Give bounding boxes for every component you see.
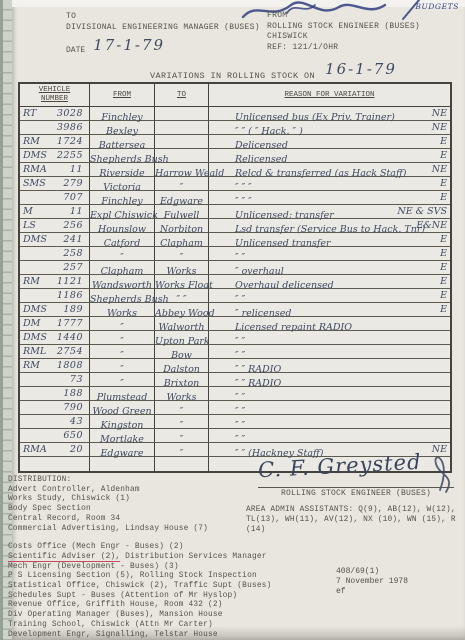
- vehicle-number: 256: [63, 219, 83, 232]
- vehicle-cell: 3986: [20, 121, 90, 134]
- title-text: VARIATIONS IN ROLLING STOCK ON: [150, 71, 315, 81]
- from-cell: Expl Chiswick: [90, 205, 155, 218]
- vehicle-cell: [20, 457, 90, 471]
- reason-cell: ″ ″ ( ″ Hack. ″ ) NE: [209, 121, 450, 134]
- area-admin-assistants: AREA ADMIN ASSISTANTS: Q(9), AB(12), W(1…: [246, 506, 460, 535]
- vehicle-prefix: RMA: [23, 163, 47, 176]
- date-handwritten: 17-1-79: [93, 36, 165, 54]
- from-cell: Shepherds Bush: [90, 149, 155, 162]
- table-row: 650 Mortlake ″ ″ ″: [20, 429, 450, 443]
- distribution-line: Revenue Office, Griffith House, Room 432…: [8, 601, 268, 611]
- header-reason-label: REASON FOR VARIATION: [284, 91, 374, 100]
- to-value: DIVISIONAL ENGINEERING MANAGER (BUSES): [66, 22, 260, 33]
- variation-code: E: [440, 247, 447, 260]
- table-row: 3986 Bexley ″ ″ ( ″ Hack. ″ ) NE: [20, 121, 450, 135]
- vehicle-number: 2754: [57, 345, 83, 358]
- to-cell: [155, 107, 209, 120]
- vehicle-number: 1186: [57, 289, 83, 302]
- from-cell: Riverside: [90, 163, 155, 176]
- vehicle-cell: 707: [20, 191, 90, 204]
- table-row: DMS 189 Works Abbey Wood ″ relicensed E: [20, 303, 450, 317]
- from-cell: Clapham: [90, 261, 155, 274]
- reason-cell: Unlicensed; transfer NE & SVS: [209, 205, 450, 218]
- vehicle-prefix: DMS: [23, 303, 47, 316]
- footer-ref: 408/69(1): [336, 567, 408, 577]
- from-cell: Plumstead: [90, 387, 155, 400]
- from-cell: Mortlake: [90, 429, 155, 442]
- variation-code: NE & SVS: [397, 205, 447, 218]
- from-cell: [90, 457, 155, 471]
- reason-cell: Unlicensed transfer E: [209, 233, 450, 246]
- from-cell: Wandsworth: [90, 275, 155, 288]
- table-row: RM 1808 ″ Dalston ″ ″ RADIO: [20, 359, 450, 373]
- table-row: DM 1777 ″ Walworth Licensed repaint RADI…: [20, 317, 450, 331]
- variation-code: E: [440, 233, 447, 246]
- variation-code: NE: [432, 107, 447, 120]
- vehicle-prefix: DMS: [23, 331, 47, 344]
- title-date-handwritten: 16-1-79: [325, 60, 397, 78]
- vehicle-cell: 790: [20, 401, 90, 414]
- vehicle-prefix: RM: [23, 135, 40, 148]
- vehicle-prefix: DMS: [23, 233, 47, 246]
- footer-date: 7 November 1978: [336, 577, 408, 587]
- table-row: RT 3028 Finchley Unlicensed bus (Ex Priv…: [20, 107, 450, 121]
- header-reason: REASON FOR VARIATION: [209, 84, 450, 106]
- vehicle-number: 188: [63, 387, 83, 400]
- sender-block: FROM ROLLING STOCK ENGINEER (BUSES) CHIS…: [267, 11, 420, 53]
- vehicle-cell: 258: [20, 247, 90, 260]
- vehicle-number: 257: [63, 261, 83, 274]
- from-cell: Finchley: [90, 107, 155, 120]
- table-row: M 11 Expl Chiswick Fulwell Unlicensed; t…: [20, 205, 450, 219]
- from-cell: Bexley: [90, 121, 155, 134]
- from-label: FROM: [267, 11, 420, 22]
- from-cell: Works: [90, 303, 155, 316]
- distribution-section: DISTRIBUTION: Advert Controller, Aldenha…: [8, 476, 268, 640]
- from-cell: ″: [90, 345, 155, 358]
- vehicle-number: 1724: [57, 135, 83, 148]
- reason-cell: ″ ″ E: [209, 247, 450, 260]
- table-row: 707 Finchley Edgware ″ ″ ″ E: [20, 191, 450, 205]
- date-label: DATE: [66, 46, 85, 55]
- vehicle-cell: LS 256: [20, 219, 90, 232]
- vehicle-number: 1808: [57, 359, 83, 372]
- vehicle-prefix: RML: [23, 345, 46, 358]
- distribution-list-2: Mech Engr (Development - Buses) (3)P S L…: [8, 563, 268, 640]
- reason-cell: ″ ″ RADIO: [209, 359, 450, 372]
- to-cell: ″: [155, 177, 209, 190]
- to-cell: ″ ″: [155, 289, 209, 302]
- distribution-line: Div Operating Manager (Buses), Mansion H…: [8, 611, 268, 621]
- vehicle-number: 43: [70, 415, 83, 428]
- vehicle-number: 241: [63, 233, 83, 246]
- variation-code: NE: [432, 121, 447, 134]
- to-cell: Norbiton: [155, 219, 209, 232]
- variation-code: E: [440, 261, 447, 274]
- reason-cell: ″ ″: [209, 345, 450, 358]
- to-cell: ″: [155, 415, 209, 428]
- from-cell: Wood Green: [90, 401, 155, 414]
- scientific-adviser-rest: Distribution Services Manager: [120, 553, 266, 561]
- to-cell: Harrow Weald: [155, 163, 209, 176]
- vehicle-cell: DMS 2255: [20, 149, 90, 162]
- vehicle-cell: SMS 279: [20, 177, 90, 190]
- vehicle-cell: 43: [20, 415, 90, 428]
- vehicle-cell: RT 3028: [20, 107, 90, 120]
- document-title: VARIATIONS IN ROLLING STOCK ON16-1-79: [150, 64, 397, 82]
- distribution-line: Works Study, Chiswick (1): [8, 495, 268, 505]
- distribution-line: Commercial Advertising, Lindsay House (7…: [8, 525, 268, 535]
- vehicle-cell: RM 1724: [20, 135, 90, 148]
- header-to: TO: [155, 84, 209, 106]
- reason-cell: Licensed repaint RADIO: [209, 317, 450, 330]
- variation-code: E: [440, 303, 447, 316]
- to-cell: Upton Park: [155, 331, 209, 344]
- vehicle-cell: RMA 11: [20, 163, 90, 176]
- vehicle-cell: M 11: [20, 205, 90, 218]
- variation-code: E&NE: [416, 219, 447, 232]
- reason-cell: ″ ″: [209, 415, 450, 428]
- table-row: RMA 11 Riverside Harrow Weald Relcd & tr…: [20, 163, 450, 177]
- vehicle-number: 3028: [57, 107, 83, 120]
- reason-cell: Unlicensed bus (Ex Priv. Trainer) NE: [209, 107, 450, 120]
- distribution-line: Central Record, Room 34: [8, 515, 268, 525]
- to-cell: [155, 457, 209, 471]
- to-cell: ″: [155, 247, 209, 260]
- to-cell: Dalston: [155, 359, 209, 372]
- date-line: DATE17-1-79: [66, 38, 165, 56]
- to-cell: Clapham: [155, 233, 209, 246]
- vehicle-number: 1440: [57, 331, 83, 344]
- costs-office-line: Costs Office (Mech Engr - Buses) (2): [8, 543, 268, 553]
- vehicle-number: 189: [63, 303, 83, 316]
- header-vehicle-number: VEHICLE NUMBER: [20, 84, 90, 106]
- vehicle-number: 1121: [57, 275, 83, 288]
- distribution-list-1: Advert Controller, AldenhamWorks Study, …: [8, 486, 268, 535]
- distribution-line: P S Licensing Section (5), Rolling Stock…: [8, 572, 268, 582]
- to-cell: Brixton: [155, 373, 209, 386]
- vehicle-prefix: DM: [23, 317, 40, 330]
- reason-cell: Relcd & transferred (as Hack Staff) NE: [209, 163, 450, 176]
- from-cell: ″: [90, 317, 155, 330]
- signatory-title: ROLLING STOCK ENGINEER (BUSES): [258, 487, 454, 498]
- distribution-line: Advert Controller, Aldenham: [8, 486, 268, 496]
- vehicle-cell: DMS 241: [20, 233, 90, 246]
- distribution-line: Development Engr, Signalling, Telstar Ho…: [8, 631, 268, 640]
- distribution-line: Statistical Office, Chiswick (2), Traffi…: [8, 582, 268, 592]
- vehicle-number: 790: [63, 401, 83, 414]
- vehicle-number: 3986: [57, 121, 83, 134]
- vehicle-number: 20: [70, 443, 83, 456]
- vehicle-number: 707: [63, 191, 83, 204]
- vehicle-number: 2255: [57, 149, 83, 162]
- table-row: DMS 1440 ″ Upton Park ″ ″: [20, 331, 450, 345]
- table-row: DMS 2255 Shepherds Bush Relicensed E: [20, 149, 450, 163]
- from-cell: Finchley: [90, 191, 155, 204]
- variation-code: E: [440, 135, 447, 148]
- to-label: TO: [66, 11, 260, 22]
- header-to-label: TO: [177, 91, 186, 100]
- vehicle-prefix: RM: [23, 275, 40, 288]
- to-cell: Works: [155, 387, 209, 400]
- from-location: CHISWICK: [267, 32, 420, 43]
- from-cell: ″: [90, 247, 155, 260]
- distribution-line: Mech Engr (Development - Buses) (3): [8, 563, 268, 573]
- table-row: 257 Clapham Works ″ overhaul E: [20, 261, 450, 275]
- table-header-row: VEHICLE NUMBER FROM TO REASON FOR VARIAT…: [20, 84, 450, 107]
- distribution-heading: DISTRIBUTION:: [8, 476, 268, 486]
- budgets-annotation: BUDGETS: [415, 2, 459, 11]
- table-row: SMS 279 Victoria ″ ″ ″ ″ E: [20, 177, 450, 191]
- reason-cell: Delicensed E: [209, 135, 450, 148]
- vehicle-cell: DM 1777: [20, 317, 90, 330]
- variation-code: NE: [432, 163, 447, 176]
- table-body: RT 3028 Finchley Unlicensed bus (Ex Priv…: [20, 107, 450, 471]
- vehicle-cell: RML 2754: [20, 345, 90, 358]
- variation-code: E: [440, 275, 447, 288]
- to-cell: Edgware: [155, 191, 209, 204]
- reason-cell: Lsd transfer (Service Bus to Hack. Tnr) …: [209, 219, 450, 232]
- scientific-adviser-line: Scientific Adviser (2), Distribution Ser…: [8, 553, 268, 563]
- to-cell: [155, 121, 209, 134]
- reason-cell: ″ ″ RADIO: [209, 373, 450, 386]
- distribution-line: Training School, Chiswick (Attn Mr Carte…: [8, 621, 268, 631]
- table-row: 1186 Shepherds Bush ″ ″ ″ ″ E: [20, 289, 450, 303]
- to-cell: Bow: [155, 345, 209, 358]
- distribution-line: Body Spec Section: [8, 505, 268, 515]
- table-row: 188 Plumstead Works ″ ″: [20, 387, 450, 401]
- vehicle-number: 73: [70, 373, 83, 386]
- vehicle-number: 11: [70, 163, 83, 176]
- reason-cell: ″ ″ E: [209, 289, 450, 302]
- reason-cell: Relicensed E: [209, 149, 450, 162]
- vehicle-number: 650: [63, 429, 83, 442]
- reason-cell: ″ ″: [209, 429, 450, 442]
- distribution-line: Schedules Supt - Buses (Attention of Mr …: [8, 592, 268, 602]
- footer-reference-block: 408/69(1) 7 November 1978 ef: [336, 567, 408, 597]
- from-cell: ″: [90, 359, 155, 372]
- vehicle-prefix: RMA: [23, 443, 47, 456]
- vehicle-prefix: DMS: [23, 149, 47, 162]
- scientific-adviser-underlined: Scientific Adviser (2),: [8, 553, 120, 562]
- variations-table: VEHICLE NUMBER FROM TO REASON FOR VARIAT…: [18, 82, 452, 473]
- vehicle-cell: 257: [20, 261, 90, 274]
- header-vehicle-line1: VEHICLE: [39, 86, 71, 95]
- reason-cell: Overhaul delicensed E: [209, 275, 450, 288]
- table-row: 258 ″ ″ ″ ″ E: [20, 247, 450, 261]
- variation-code: E: [440, 191, 447, 204]
- variation-code: E: [440, 289, 447, 302]
- reason-cell: ″ ″: [209, 401, 450, 414]
- reason-cell: ″ relicensed E: [209, 303, 450, 316]
- header-from: FROM: [90, 84, 155, 106]
- vehicle-cell: 1186: [20, 289, 90, 302]
- table-row: 43 Kingston ″ ″ ″: [20, 415, 450, 429]
- vehicle-prefix: SMS: [23, 177, 46, 190]
- vehicle-prefix: RT: [23, 107, 36, 120]
- vehicle-cell: 73: [20, 373, 90, 386]
- table-row: RM 1724 Battersea Delicensed E: [20, 135, 450, 149]
- to-cell: ″: [155, 429, 209, 442]
- vehicle-cell: RM 1808: [20, 359, 90, 372]
- vehicle-cell: DMS 1440: [20, 331, 90, 344]
- vehicle-prefix: RM: [23, 359, 40, 372]
- from-cell: ″: [90, 373, 155, 386]
- vehicle-prefix: LS: [23, 219, 36, 232]
- to-cell: Abbey Wood: [155, 303, 209, 316]
- table-row: RM 1121 Wandsworth Works Float Overhaul …: [20, 275, 450, 289]
- from-cell: Catford: [90, 233, 155, 246]
- variation-code: E: [440, 149, 447, 162]
- table-row: 790 Wood Green ″ ″ ″: [20, 401, 450, 415]
- reason-cell: ″ ″: [209, 387, 450, 400]
- footer-initials: ef: [336, 587, 408, 597]
- table-row: LS 256 Hounslow Norbiton Lsd transfer (S…: [20, 219, 450, 233]
- to-cell: Works Float: [155, 275, 209, 288]
- table-row: DMS 241 Catford Clapham Unlicensed trans…: [20, 233, 450, 247]
- reason-cell: ″ overhaul E: [209, 261, 450, 274]
- from-cell: Kingston: [90, 415, 155, 428]
- table-row: RML 2754 ″ Bow ″ ″: [20, 345, 450, 359]
- from-cell: Shepherds Bush: [90, 289, 155, 302]
- variation-code: E: [440, 177, 447, 190]
- vehicle-cell: RMA 20: [20, 443, 90, 456]
- to-cell: ″: [155, 401, 209, 414]
- vehicle-number: 258: [63, 247, 83, 260]
- vehicle-cell: DMS 189: [20, 303, 90, 316]
- header-from-label: FROM: [113, 91, 131, 100]
- from-cell: Edgware: [90, 443, 155, 456]
- reason-cell: ″ ″ ″ E: [209, 191, 450, 204]
- to-cell: ″: [155, 443, 209, 456]
- to-cell: Walworth: [155, 317, 209, 330]
- ref-value: REF: 121/1/OHR: [267, 43, 420, 54]
- to-cell: Works: [155, 261, 209, 274]
- from-value: ROLLING STOCK ENGINEER (BUSES): [267, 22, 420, 33]
- vehicle-number: 279: [63, 177, 83, 190]
- table-row: 73 ″ Brixton ″ ″ RADIO: [20, 373, 450, 387]
- to-cell: Fulwell: [155, 205, 209, 218]
- vehicle-cell: 188: [20, 387, 90, 400]
- to-cell: [155, 135, 209, 148]
- vehicle-cell: RM 1121: [20, 275, 90, 288]
- from-cell: Hounslow: [90, 219, 155, 232]
- to-cell: [155, 149, 209, 162]
- vehicle-number: 1777: [57, 317, 83, 330]
- spacer: [8, 534, 268, 543]
- vehicle-cell: 650: [20, 429, 90, 442]
- from-cell: ″: [90, 331, 155, 344]
- reason-cell: ″ ″: [209, 331, 450, 344]
- addressee-block: TO DIVISIONAL ENGINEERING MANAGER (BUSES…: [66, 11, 260, 33]
- from-cell: Battersea: [90, 135, 155, 148]
- vehicle-prefix: M: [23, 205, 33, 218]
- vehicle-number: 11: [70, 205, 83, 218]
- header-vehicle-line2: NUMBER: [41, 95, 68, 104]
- reason-cell: ″ ″ ″ E: [209, 177, 450, 190]
- from-cell: Victoria: [90, 177, 155, 190]
